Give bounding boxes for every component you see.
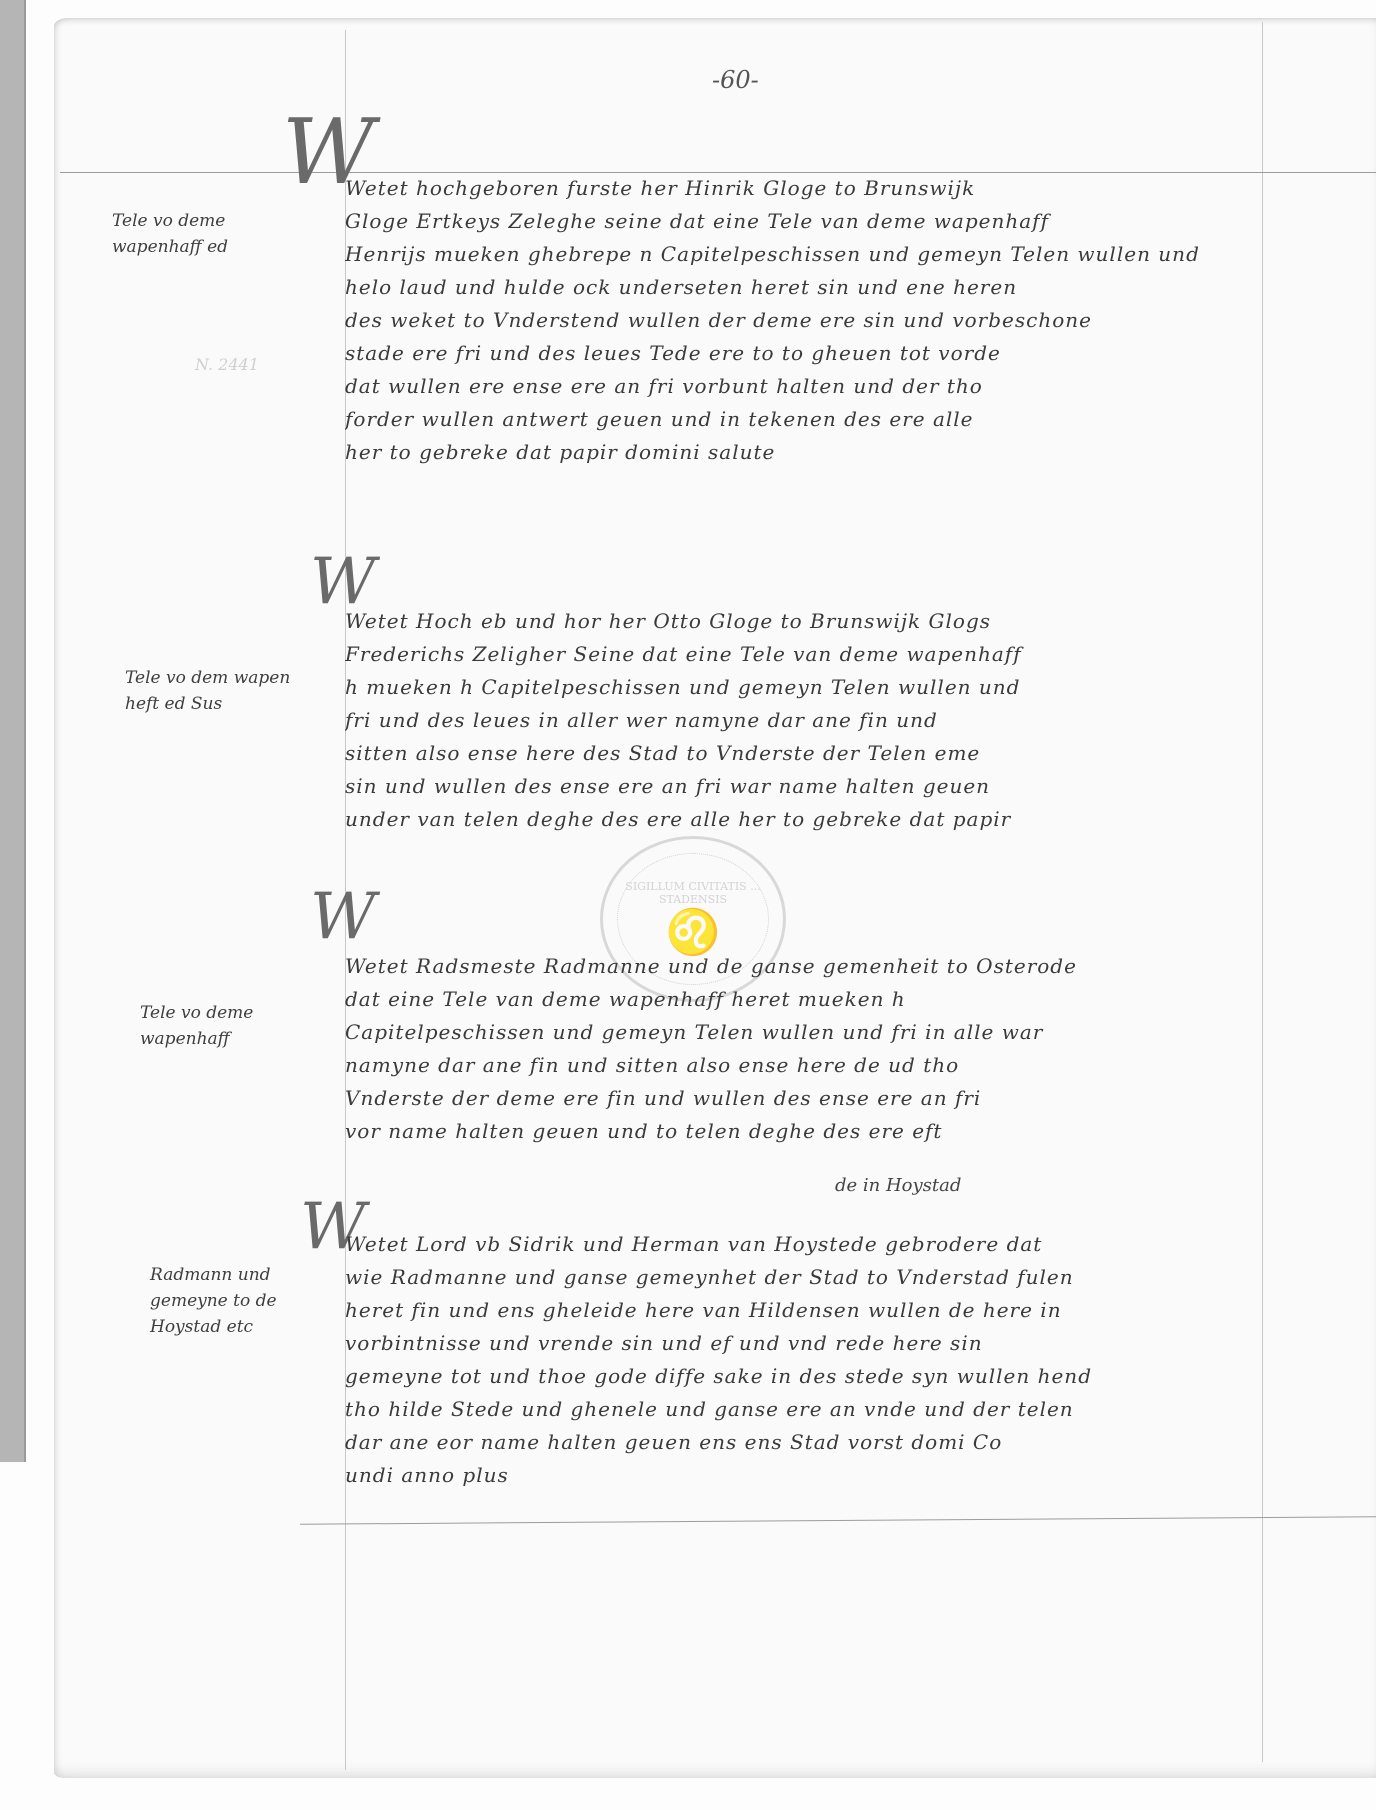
text-line: Vnderste der deme ere fin und wullen des… bbox=[345, 1082, 1225, 1115]
margin-note: Radmann und gemeyne to de Hoystad etc bbox=[150, 1262, 277, 1340]
text-line: Wetet Hoch eb und hor her Otto Gloge to … bbox=[345, 605, 1225, 638]
text-line: fri und des leues in aller wer namyne da… bbox=[345, 704, 1225, 737]
text-line: Wetet Radsmeste Radmanne und de ganse ge… bbox=[345, 950, 1225, 983]
shelfmark: N. 2441 bbox=[195, 355, 259, 374]
text-line: h mueken h Capitelpeschissen und gemeyn … bbox=[345, 671, 1225, 704]
text-line: Gloge Ertkeys Zeleghe seine dat eine Tel… bbox=[345, 205, 1225, 238]
scanner-edge-strip bbox=[0, 0, 26, 1462]
text-line: tho hilde Stede und ghenele und ganse er… bbox=[345, 1393, 1225, 1426]
text-line: Wetet hochgeboren furste her Hinrik Glog… bbox=[345, 172, 1225, 205]
entry-paragraph: Wetet Radsmeste Radmanne und de ganse ge… bbox=[345, 950, 1225, 1148]
text-line: vor name halten geuen und to telen deghe… bbox=[345, 1115, 1225, 1148]
text-line: undi anno plus bbox=[345, 1459, 1225, 1492]
text-line: her to gebreke dat papir domini salute bbox=[345, 436, 1225, 469]
trailing-note: de in Hoystad bbox=[835, 1175, 961, 1196]
text-line: sin und wullen des ense ere an fri war n… bbox=[345, 770, 1225, 803]
text-line: gemeyne tot und thoe gode diffe sake in … bbox=[345, 1360, 1225, 1393]
text-line: des weket to Vnderstend wullen der deme … bbox=[345, 304, 1225, 337]
margin-note: Tele vo deme wapenhaff ed bbox=[112, 208, 228, 260]
text-line: namyne dar ane fin und sitten also ense … bbox=[345, 1049, 1225, 1082]
text-line: stade ere fri und des leues Tede ere to … bbox=[345, 337, 1225, 370]
text-line: dat eine Tele van deme wapenhaff heret m… bbox=[345, 983, 1225, 1016]
text-line: helo laud und hulde ock underseten heret… bbox=[345, 271, 1225, 304]
text-line: dat wullen ere ense ere an fri vorbunt h… bbox=[345, 370, 1225, 403]
entry-paragraph: Wetet hochgeboren furste her Hinrik Glog… bbox=[345, 172, 1225, 469]
margin-note: Tele vo dem wapen heft ed Sus bbox=[125, 665, 290, 717]
entry-paragraph: Wetet Hoch eb und hor her Otto Gloge to … bbox=[345, 605, 1225, 836]
margin-note: Tele vo deme wapenhaff bbox=[140, 1000, 253, 1052]
margin-rule-right bbox=[1262, 22, 1263, 1762]
text-line: forder wullen antwert geuen und in teken… bbox=[345, 403, 1225, 436]
text-line: sitten also ense here des Stad to Vnders… bbox=[345, 737, 1225, 770]
text-line: Frederichs Zeligher Seine dat eine Tele … bbox=[345, 638, 1225, 671]
text-line: dar ane eor name halten geuen ens ens St… bbox=[345, 1426, 1225, 1459]
text-line: Capitelpeschissen und gemeyn Telen wulle… bbox=[345, 1016, 1225, 1049]
text-line: under van telen deghe des ere alle her t… bbox=[345, 803, 1225, 836]
stamp-legend: SIGILLUM CIVITATIS ... STADENSIS bbox=[618, 880, 768, 906]
text-line: Wetet Lord vb Sidrik und Herman van Hoys… bbox=[345, 1228, 1225, 1261]
decorated-initial: W bbox=[310, 880, 376, 954]
entry-paragraph: Wetet Lord vb Sidrik und Herman van Hoys… bbox=[345, 1228, 1225, 1492]
folio-number: -60- bbox=[712, 66, 759, 94]
text-line: heret fin und ens gheleide here van Hild… bbox=[345, 1294, 1225, 1327]
text-line: Henrijs mueken ghebrepe n Capitelpeschis… bbox=[345, 238, 1225, 271]
text-line: vorbintnisse und vrende sin und ef und v… bbox=[345, 1327, 1225, 1360]
text-line: wie Radmanne und ganse gemeynhet der Sta… bbox=[345, 1261, 1225, 1294]
